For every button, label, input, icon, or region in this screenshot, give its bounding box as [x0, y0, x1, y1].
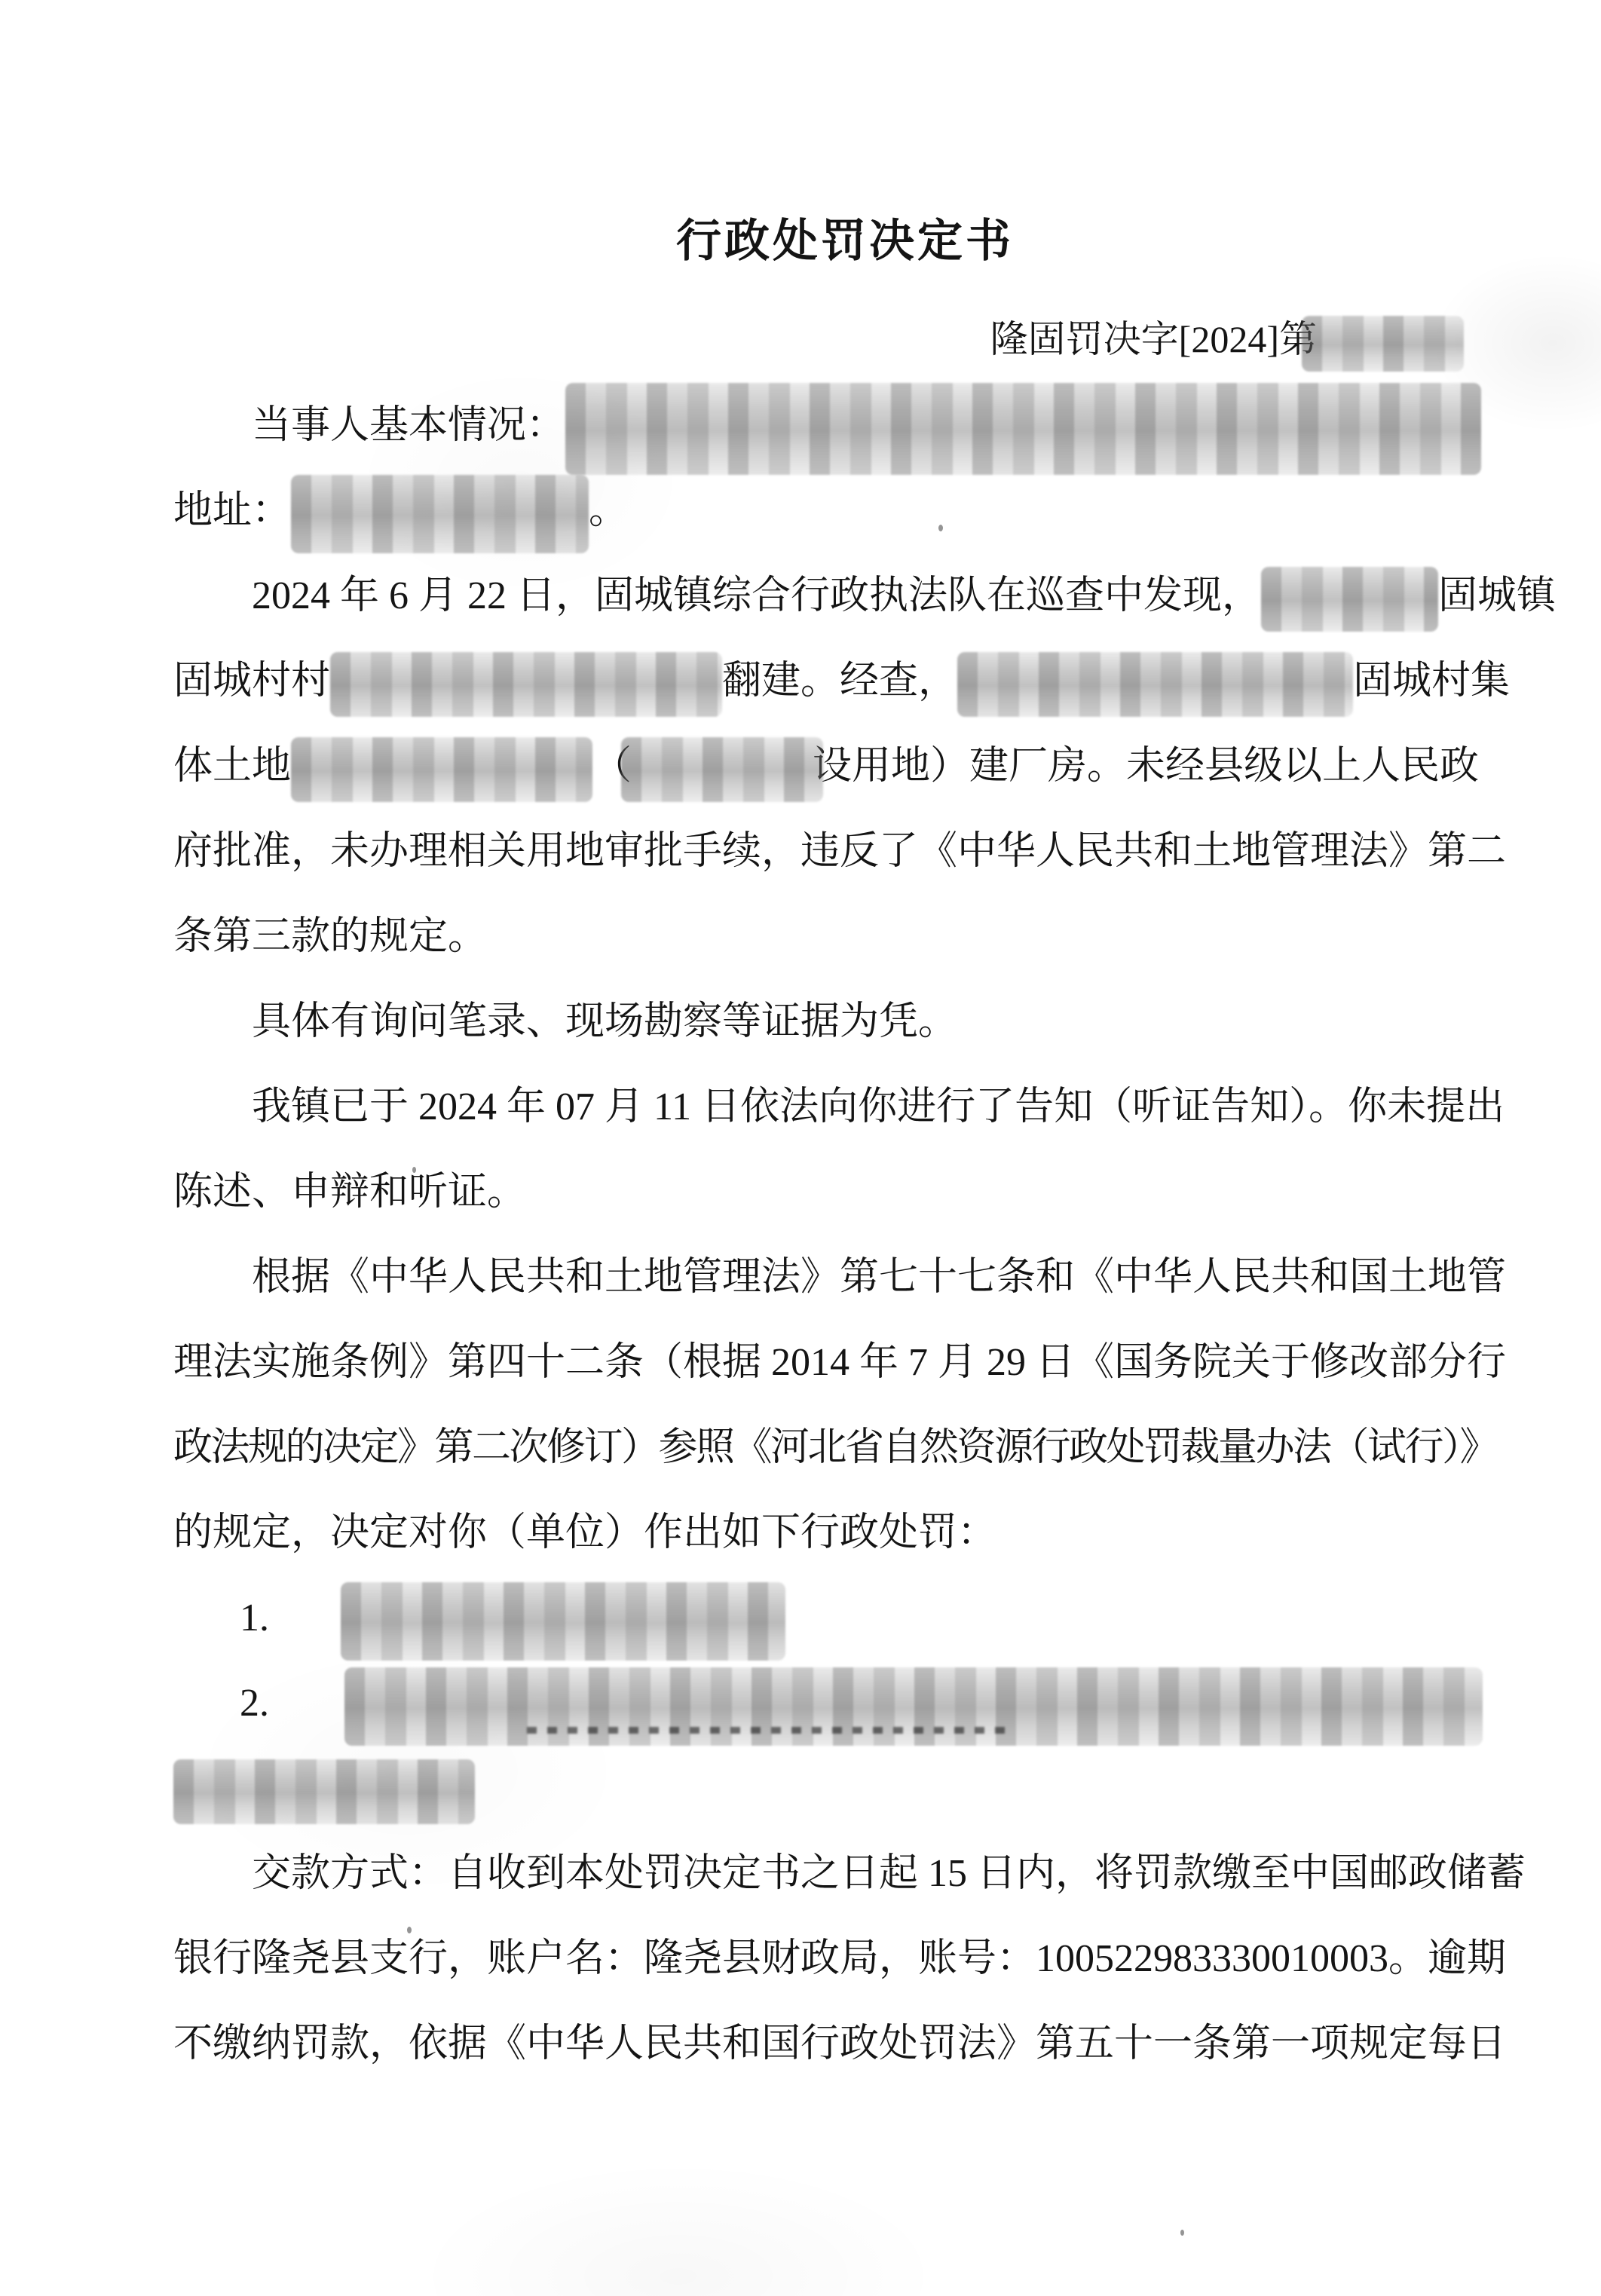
penalty-item-1: 1.: [173, 1575, 1517, 1661]
facts-text: 固城村村: [173, 660, 330, 703]
redacted-area: [621, 737, 823, 802]
redacted-name: [957, 652, 1353, 717]
facts-text: 固城镇: [1438, 574, 1556, 617]
scan-speck: [938, 525, 943, 531]
payment-line-1: 交款方式：自收到本处罚决定书之日起 15 日内，将罚款缴至中国邮政储蓄: [173, 1831, 1517, 1916]
address-label: 地址：: [173, 489, 291, 532]
notice-line-1: 我镇已于 2024 年 07 月 11 日依法向你进行了告知（听证告知）。你未提…: [173, 1064, 1517, 1150]
legal-basis-line-2: 理法实施条例》第四十二条（根据 2014 年 7 月 29 日《国务院关于修改部…: [173, 1320, 1517, 1405]
penalty-item-2-continuation: [173, 1746, 1517, 1831]
penalty-item-2: 2.: [173, 1661, 1517, 1746]
party-info-label: 当事人基本情况：: [252, 404, 565, 447]
redacted-party-info: [565, 383, 1481, 475]
document-body: 当事人基本情况： 地址：。 2024 年 6 月 22 日，固城镇综合行政执法队…: [173, 383, 1517, 2086]
payment-text: 。逾期: [1388, 1937, 1506, 1980]
bank-account-number: 100522983330010003: [1036, 1937, 1388, 1980]
redacted-name: [1261, 567, 1438, 632]
evidence-line: 具体有询问笔录、现场勘察等证据为凭。: [173, 979, 1517, 1064]
payment-line-3: 不缴纳罚款，依据《中华人民共和国行政处罚法》第五十一条第一项规定每日: [173, 2001, 1517, 2086]
notice-text: 我镇已于 2024 年 07 月 11 日依法向你进行了告知（听证告知）。你未提…: [252, 1085, 1505, 1128]
facts-text: 设用地）建厂房。未经县级以上人民政: [813, 745, 1479, 788]
legal-text: 根据《中华人民共和土地管理法》第七十七条和《中华人民共和国土地管: [252, 1256, 1506, 1299]
penalty-item-number: 2.: [240, 1682, 269, 1725]
scan-speck: [412, 1167, 416, 1173]
facts-text: 固城村集: [1353, 660, 1510, 703]
address-line: 地址：。: [173, 468, 1517, 553]
legal-text: 政法规的决定》第二次修订）参照《河北省自然资源行政处罚裁量办法（试行）》: [173, 1426, 1497, 1469]
legal-text: 的规定，决定对你（单位）作出如下行政处罚：: [173, 1511, 996, 1554]
payment-text: 银行隆尧县支行，账户名：隆尧县财政局，账号：: [173, 1937, 1036, 1980]
redacted-area: [291, 737, 592, 802]
scanned-document-page: 行政处罚决定书 隆固罚决字[2024]第 当事人基本情况： 地址：。 2024 …: [0, 0, 1601, 2296]
payment-text: 不缴纳罚款，依据《中华人民共和国行政处罚法》第五十一条第一项规定每日: [173, 2022, 1506, 2065]
facts-text: 翻建。经查，: [722, 660, 957, 703]
facts-text: 体土地: [173, 745, 291, 788]
legal-text: 理法实施条例》第四十二条（根据 2014 年 7 月 29 日《国务院关于修改部…: [173, 1341, 1506, 1384]
scan-speck: [407, 1927, 412, 1933]
redacted-address: [291, 475, 589, 553]
facts-text: 府批准，未办理相关用地审批手续，违反了《中华人民共和土地管理法》第二: [173, 830, 1506, 873]
facts-line-4: 府批准，未办理相关用地审批手续，违反了《中华人民共和土地管理法》第二: [173, 809, 1517, 894]
payment-text: 交款方式：自收到本处罚决定书之日起 15 日内，将罚款缴至中国邮政储蓄: [252, 1852, 1526, 1895]
legal-basis-line-4: 的规定，决定对你（单位）作出如下行政处罚：: [173, 1490, 1517, 1575]
facts-line-5: 条第三款的规定。: [173, 894, 1517, 979]
scan-speck: [1180, 2230, 1184, 2236]
evidence-text: 具体有询问笔录、现场勘察等证据为凭。: [252, 1000, 957, 1043]
redacted-penalty-1: [341, 1582, 785, 1661]
notice-line-2: 陈述、申辩和听证。: [173, 1150, 1517, 1235]
legal-basis-line-3: 政法规的决定》第二次修订）参照《河北省自然资源行政处罚裁量办法（试行）》: [173, 1405, 1517, 1490]
facts-text: 条第三款的规定。: [173, 915, 487, 958]
party-info-line: 当事人基本情况：: [173, 383, 1517, 468]
facts-line-1: 2024 年 6 月 22 日，固城镇综合行政执法队在巡查中发现，固城镇: [173, 553, 1517, 638]
payment-line-2: 银行隆尧县支行，账户名：隆尧县财政局，账号：100522983330010003…: [173, 1916, 1517, 2001]
doc-number-prefix: 隆固罚决字[2024]第: [990, 318, 1317, 360]
facts-text: 2024 年 6 月 22 日，固城镇综合行政执法队在巡查中发现，: [252, 574, 1261, 617]
redacted-penalty-2: [344, 1667, 1483, 1746]
address-period: 。: [589, 489, 628, 532]
redacted-penalty-2-continuation: [173, 1759, 475, 1824]
partially-visible-text: [527, 1727, 1005, 1734]
notice-text: 陈述、申辩和听证。: [173, 1171, 526, 1214]
facts-line-3: 体土地（设用地）建厂房。未经县级以上人民政: [173, 724, 1517, 809]
facts-line-2: 固城村村翻建。经查，固城村集: [173, 638, 1517, 724]
page-title: 行政处罚决定书: [173, 211, 1517, 271]
penalty-item-number: 1.: [240, 1596, 269, 1639]
redacted-detail: [330, 652, 722, 717]
doc-number-line: 隆固罚决字[2024]第: [173, 295, 1517, 383]
legal-basis-line-1: 根据《中华人民共和土地管理法》第七十七条和《中华人民共和国土地管: [173, 1235, 1517, 1320]
redacted-doc-number: [1302, 316, 1464, 372]
